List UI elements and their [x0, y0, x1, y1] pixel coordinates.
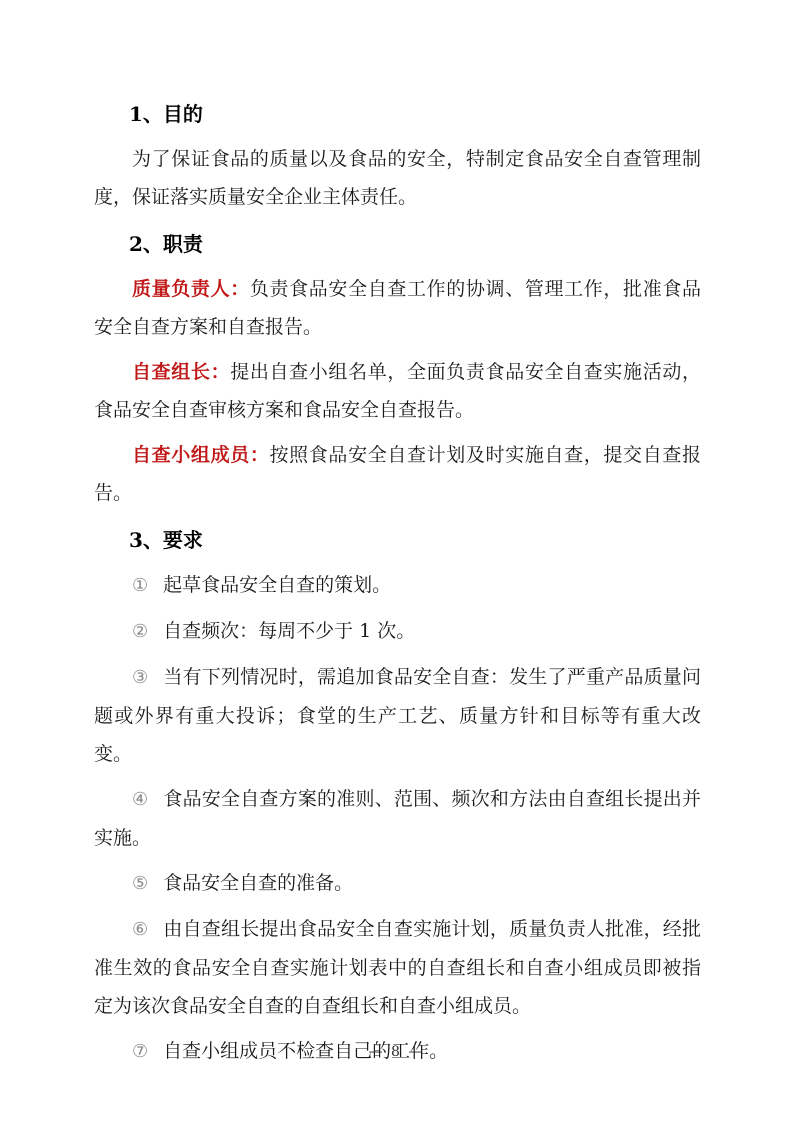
circled-number-4-icon: ④: [132, 789, 148, 810]
requirement-item-3: ③当有下列情况时，需追加食品安全自查：发生了严重产品质量问题或外界有重大投诉；食…: [94, 658, 701, 773]
requirement-text-4: 食品安全自查方案的准则、范围、频次和方法由自查组长提出并实施。: [94, 788, 701, 849]
role-paragraph-audit-leader: 自查组长：提出自查小组名单，全面负责食品安全自查实施活动，食品安全自查审核方案和…: [94, 353, 701, 429]
page-footer: — 8 —: [0, 1044, 793, 1060]
circled-number-6-icon: ⑥: [132, 919, 148, 940]
page-number: — 8 —: [369, 1044, 425, 1060]
requirement-item-2: ②自查频次：每周不少于 1 次。: [94, 612, 701, 651]
section-heading-requirements: 3、要求: [94, 521, 701, 559]
section-heading-purpose: 1、目的: [94, 95, 701, 133]
requirement-item-6: ⑥由自查组长提出食品安全自查实施计划，质量负责人批准，经批准生效的食品安全自查实…: [94, 910, 701, 1025]
requirement-item-1: ①起草食品安全自查的策划。: [94, 566, 701, 605]
document-page: 1、目的 为了保证食品的质量以及食品的安全，特制定食品安全自查管理制度，保证落实…: [0, 0, 793, 1122]
circled-number-3-icon: ③: [132, 667, 148, 688]
circled-number-5-icon: ⑤: [132, 873, 148, 894]
role-paragraph-audit-members: 自查小组成员：按照食品安全自查计划及时实施自查，提交自查报告。: [94, 436, 701, 512]
circled-number-2-icon: ②: [132, 621, 148, 642]
requirement-text-1: 起草食品安全自查的策划。: [163, 574, 391, 596]
requirement-text-3: 当有下列情况时，需追加食品安全自查：发生了严重产品质量问题或外界有重大投诉；食堂…: [94, 666, 701, 765]
requirement-text-2: 自查频次：每周不少于 1 次。: [163, 620, 415, 642]
role-label-audit-leader: 自查组长：: [132, 361, 230, 383]
requirement-item-5: ⑤食品安全自查的准备。: [94, 864, 701, 903]
requirement-item-4: ④食品安全自查方案的准则、范围、频次和方法由自查组长提出并实施。: [94, 780, 701, 857]
circled-number-1-icon: ①: [132, 575, 148, 596]
role-label-audit-members: 自查小组成员：: [132, 444, 270, 466]
purpose-paragraph: 为了保证食品的质量以及食品的安全，特制定食品安全自查管理制度，保证落实质量安全企…: [94, 140, 701, 216]
section-heading-responsibilities: 2、职责: [94, 225, 701, 263]
requirement-text-5: 食品安全自查的准备。: [163, 872, 353, 894]
requirement-text-6: 由自查组长提出食品安全自查实施计划，质量负责人批准，经批准生效的食品安全自查实施…: [94, 918, 701, 1017]
role-label-quality-manager: 质量负责人：: [132, 278, 250, 300]
role-paragraph-quality-manager: 质量负责人：负责食品安全自查工作的协调、管理工作，批准食品安全自查方案和自查报告…: [94, 270, 701, 346]
